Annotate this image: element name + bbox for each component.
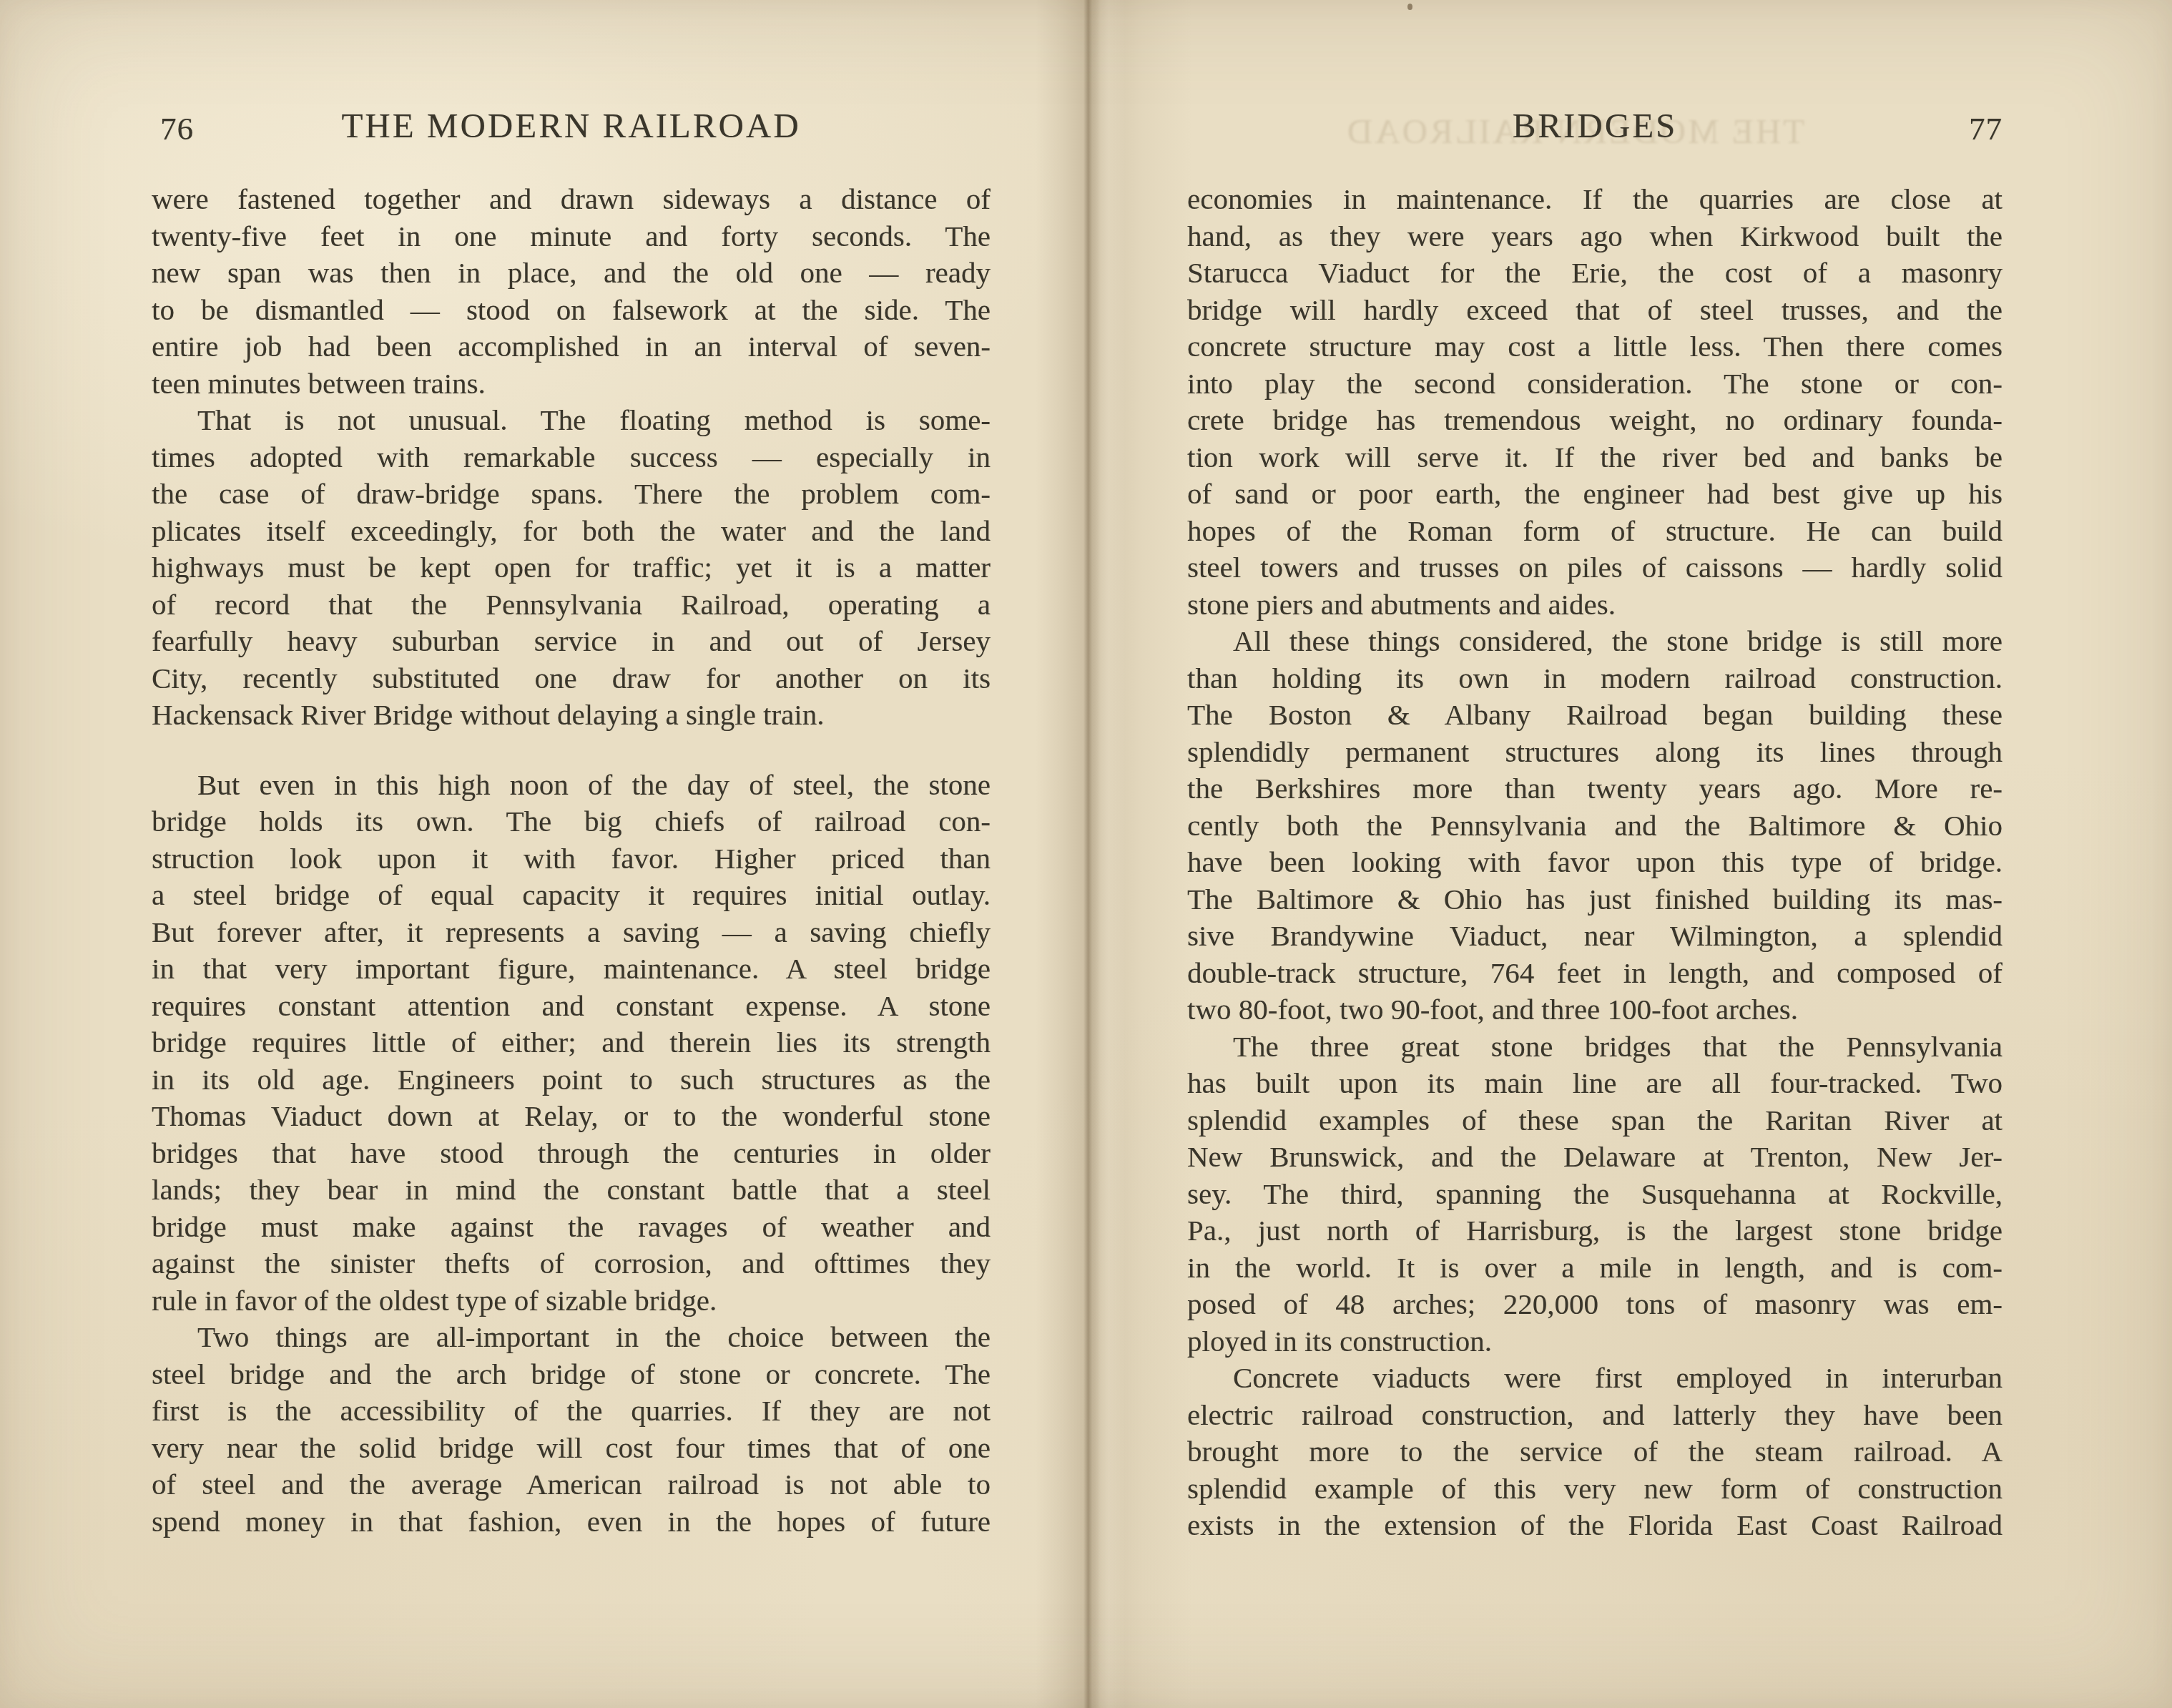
text-line: a steel bridge of equal capacity it requ… (152, 877, 991, 914)
text-line: than holding its own in modern railroad … (1187, 660, 2003, 697)
text-line: spend money in that fashion, even in the… (152, 1503, 991, 1541)
text-line: in the world. It is over a mile in lengt… (1187, 1250, 2003, 1287)
text-line: concrete structure may cost a little les… (1187, 328, 2003, 365)
paragraph: were fastened together and drawn sideway… (152, 181, 991, 402)
text-line: were fastened together and drawn sideway… (152, 181, 991, 218)
left-page-text: were fastened together and drawn sideway… (152, 181, 991, 1540)
left-page-header: 76 THE MODERN RAILROAD (152, 104, 991, 150)
paragraph: Concrete viaducts were first employed in… (1187, 1360, 2003, 1544)
text-line: stone piers and abutments and aides. (1187, 586, 2003, 624)
text-line: of sand or poor earth, the engineer had … (1187, 476, 2003, 513)
text-line: plicates itself exceedingly, for both th… (152, 513, 991, 550)
text-line: City, recently substituted one draw for … (152, 660, 991, 697)
text-line: the case of draw-bridge spans. There the… (152, 476, 991, 513)
text-line: the Berkshires more than twenty years ag… (1187, 770, 2003, 808)
text-line: brought more to the service of the steam… (1187, 1433, 2003, 1471)
text-line: rule in favor of the oldest type of siza… (152, 1282, 991, 1320)
running-head: THE MODERN RAILROAD (152, 104, 991, 147)
right-page-header: THE MODERN RAILROAD BRIDGES 77 (1187, 104, 2003, 150)
text-line: double-track structure, 764 feet in leng… (1187, 955, 2003, 992)
paragraph: The three great stone bridges that the P… (1187, 1029, 2003, 1360)
paragraph: But even in this high noon of the day of… (152, 767, 991, 1320)
text-line: fearfully heavy suburban service in and … (152, 623, 991, 660)
text-line: splendid examples of these span the Rari… (1187, 1102, 2003, 1139)
text-line: New Brunswick, and the Delaware at Trent… (1187, 1139, 2003, 1176)
running-head: BRIDGES (1187, 104, 2003, 147)
text-line: cently both the Pennsylvania and the Bal… (1187, 808, 2003, 845)
paragraph: All these things considered, the stone b… (1187, 623, 2003, 1029)
text-line: first is the accessibility of the quarri… (152, 1393, 991, 1430)
text-line: Pa., just north of Harrisburg, is the la… (1187, 1212, 2003, 1250)
text-line: struction look upon it with favor. Highe… (152, 840, 991, 878)
text-line: The three great stone bridges that the P… (1187, 1029, 2003, 1066)
text-line: exists in the extension of the Florida E… (1187, 1507, 2003, 1544)
page-number: 77 (1969, 107, 2003, 150)
text-line: times adopted with remarkable success — … (152, 439, 991, 476)
text-line: bridge holds its own. The big chiefs of … (152, 803, 991, 840)
text-line: The Baltimore & Ohio has just finished b… (1187, 881, 2003, 918)
text-line: crete bridge has tremendous weight, no o… (1187, 402, 2003, 439)
text-line: steel towers and trusses on piles of cai… (1187, 549, 2003, 586)
text-line: splendidly permanent structures along it… (1187, 734, 2003, 771)
book-spread: 76 THE MODERN RAILROAD THE MODERN RAILRO… (0, 0, 2172, 1708)
text-line: But even in this high noon of the day of… (152, 767, 991, 804)
text-line: two 80-foot, two 90-foot, and three 100-… (1187, 991, 2003, 1029)
text-line: of steel and the average American railro… (152, 1466, 991, 1503)
text-line: very near the solid bridge will cost fou… (152, 1430, 991, 1467)
text-line: in that very important figure, maintenan… (152, 951, 991, 988)
paragraph: economies in maintenance. If the quarrie… (1187, 181, 2003, 623)
text-line: Starucca Viaduct for the Erie, the cost … (1187, 255, 2003, 292)
text-line: splendid example of this very new form o… (1187, 1471, 2003, 1508)
text-line: in its old age. Engineers point to such … (152, 1061, 991, 1099)
text-line: lands; they bear in mind the constant ba… (152, 1172, 991, 1209)
text-line: Two things are all-important in the choi… (152, 1319, 991, 1356)
text-line: bridge must make against the ravages of … (152, 1209, 991, 1246)
text-line: tion work will serve it. If the river be… (1187, 439, 2003, 476)
text-line: has built upon its main line are all fou… (1187, 1065, 2003, 1102)
text-line: Concrete viaducts were first employed in… (1187, 1360, 2003, 1397)
text-line: entire job had been accomplished in an i… (152, 328, 991, 365)
text-line: teen minutes between trains. (152, 365, 991, 403)
text-line: But forever after, it represents a savin… (152, 914, 991, 951)
text-line: have been looking with favor upon this t… (1187, 844, 2003, 881)
text-line: to be dismantled — stood on falsework at… (152, 292, 991, 329)
text-line: hand, as they were years ago when Kirkwo… (1187, 218, 2003, 255)
text-line: bridge will hardly exceed that of steel … (1187, 292, 2003, 329)
text-line: hopes of the Roman form of structure. He… (1187, 513, 2003, 550)
text-line: highways must be kept open for traffic; … (152, 549, 991, 586)
paragraph: Two things are all-important in the choi… (152, 1319, 991, 1540)
text-line: into play the second consideration. The … (1187, 365, 2003, 403)
right-page-text: economies in maintenance. If the quarrie… (1187, 181, 2003, 1544)
text-line: posed of 48 arches; 220,000 tons of maso… (1187, 1286, 2003, 1323)
paragraph: That is not unusual. The floating method… (152, 402, 991, 734)
text-line: bridges that have stood through the cent… (152, 1135, 991, 1172)
text-line: sey. The third, spanning the Susquehanna… (1187, 1176, 2003, 1213)
text-line: The Boston & Albany Railroad began build… (1187, 697, 2003, 734)
text-line: of record that the Pennsylvania Railroad… (152, 586, 991, 624)
text-line: All these things considered, the stone b… (1187, 623, 2003, 660)
text-line: economies in maintenance. If the quarrie… (1187, 181, 2003, 218)
text-line: bridge requires little of either; and th… (152, 1024, 991, 1061)
text-line: ployed in its construction. (1187, 1323, 2003, 1360)
text-line: twenty-five feet in one minute and forty… (152, 218, 991, 255)
text-line: Thomas Viaduct down at Relay, or to the … (152, 1098, 991, 1135)
text-line: against the sinister thefts of corrosion… (152, 1245, 991, 1282)
text-line: Hackensack River Bridge without delaying… (152, 697, 991, 734)
text-line: steel bridge and the arch bridge of ston… (152, 1356, 991, 1393)
text-line: requires constant attention and constant… (152, 988, 991, 1025)
text-line: sive Brandywine Viaduct, near Wilmington… (1187, 918, 2003, 955)
text-line: new span was then in place, and the old … (152, 255, 991, 292)
text-line: That is not unusual. The floating method… (152, 402, 991, 439)
text-line: electric railroad construction, and latt… (1187, 1397, 2003, 1434)
